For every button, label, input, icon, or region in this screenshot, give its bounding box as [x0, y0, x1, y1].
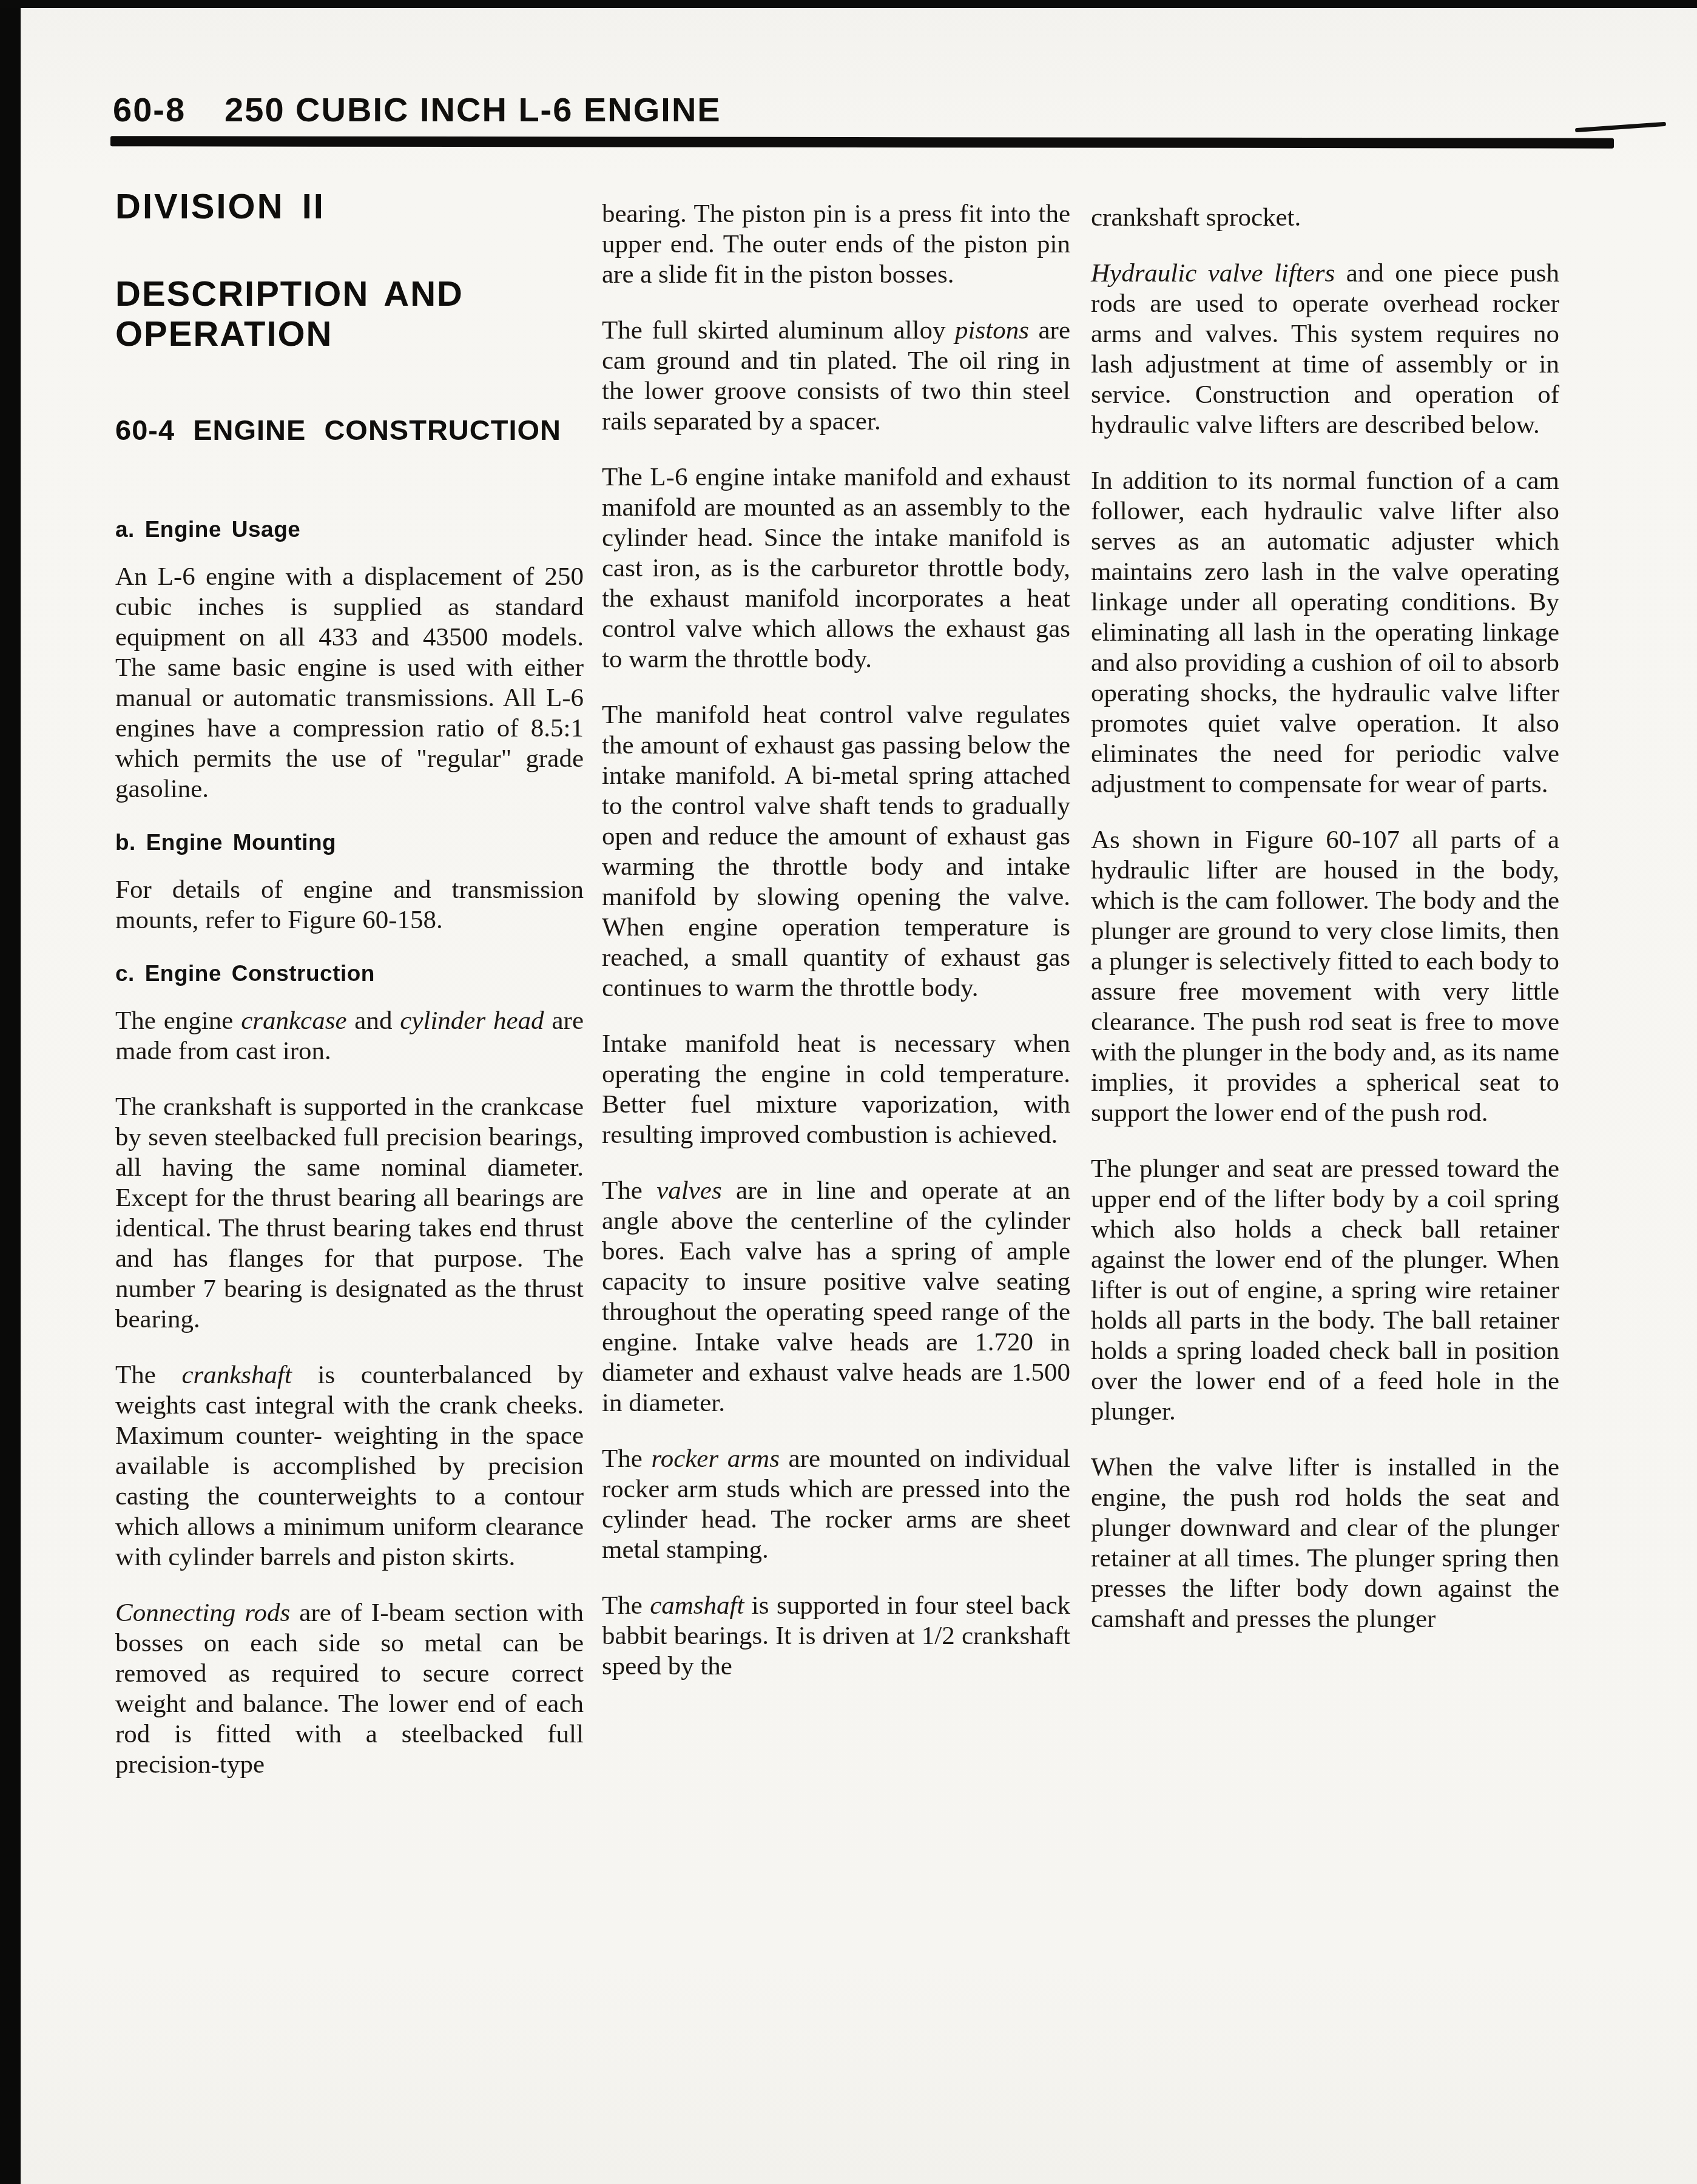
paragraph-hydraulic-lifters: Hydraulic valve lifters and one piece pu…: [1091, 258, 1559, 440]
paragraph-plunger-seat: The plunger and seat are pressed toward …: [1091, 1154, 1559, 1427]
paragraph-manifolds: The L-6 engine intake manifold and exhau…: [602, 462, 1070, 675]
paragraph-pistons: The full skirted aluminum alloy pistons …: [602, 315, 1070, 437]
column-middle: bearing. The piston pin is a press fit i…: [602, 182, 1070, 1707]
scan-border-left: [0, 0, 21, 2184]
page-header: 60-8 250 CUBIC INCH L-6 ENGINE: [113, 90, 721, 129]
paragraph-crankshaft-bearings: The crankshaft is supported in the crank…: [115, 1092, 584, 1335]
header-rule: [110, 136, 1614, 148]
column-left: DIVISION II DESCRIPTION AND OPERATION 60…: [115, 182, 584, 1805]
column-right: crankshaft sprocket. Hydraulic valve lif…: [1091, 186, 1559, 1660]
section-heading: DESCRIPTION AND OPERATION: [115, 274, 584, 354]
paragraph-piston-pin: bearing. The piston pin is a press fit i…: [602, 199, 1070, 290]
paragraph-rocker-arms: The rocker arms are mounted on individua…: [602, 1444, 1070, 1565]
paragraph-heat-control-valve: The manifold heat control valve regulate…: [602, 700, 1070, 1003]
article-heading: 60-4 ENGINE CONSTRUCTION: [115, 415, 584, 445]
paragraph-valves: The valves are in line and operate at an…: [602, 1176, 1070, 1418]
paragraph-engine-mounting: For details of engine and transmission m…: [115, 875, 584, 935]
scan-border-top: [0, 0, 1697, 8]
paragraph-lifter-function: In addition to its normal function of a …: [1091, 466, 1559, 800]
paragraph-crankcase: The engine crankcase and cylinder head a…: [115, 1006, 584, 1067]
subsection-b-heading: b. Engine Mounting: [115, 830, 584, 855]
paragraph-crankshaft-counterbalance: The crankshaft is counterbalanced by wei…: [115, 1360, 584, 1572]
paragraph-engine-usage: An L-6 engine with a displacement of 250…: [115, 562, 584, 804]
page-title: 250 CUBIC INCH L-6 ENGINE: [224, 90, 721, 129]
paragraph-crankshaft-sprocket: crankshaft sprocket.: [1091, 203, 1559, 233]
subsection-c-heading: c. Engine Construction: [115, 961, 584, 986]
paragraph-lifter-parts: As shown in Figure 60-107 all parts of a…: [1091, 825, 1559, 1128]
subsection-a-heading: a. Engine Usage: [115, 517, 584, 542]
header-rule-scan-artifact: [1575, 122, 1666, 132]
paragraph-manifold-heat: Intake manifold heat is necessary when o…: [602, 1029, 1070, 1150]
page-number: 60-8: [113, 90, 186, 129]
division-heading: DIVISION II: [115, 188, 584, 226]
paragraph-connecting-rods: Connecting rods are of I-beam section wi…: [115, 1598, 584, 1780]
manual-page: { "header": { "page_number": "60-8", "ti…: [0, 0, 1697, 2184]
paragraph-lifter-installed: When the valve lifter is installed in th…: [1091, 1452, 1559, 1634]
paragraph-camshaft: The camshaft is supported in four steel …: [602, 1591, 1070, 1682]
